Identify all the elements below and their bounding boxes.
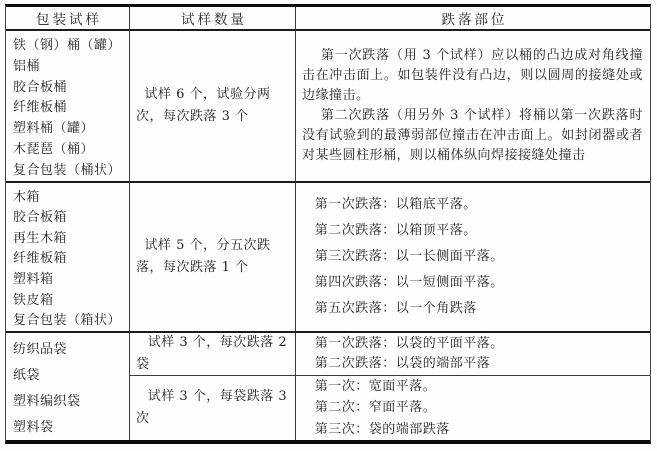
- sample-item: 纸袋: [13, 364, 127, 383]
- sample-item: 纺织品袋: [13, 338, 127, 357]
- sample-item: 复合包装（箱状）: [13, 309, 127, 328]
- sample-item: 塑料编织袋: [13, 390, 127, 409]
- drop-location-boxes: 第一次跌落：以箱底平落。 第二次跌落：以箱顶平落。 第三次跌落：以一长侧面平落。…: [296, 183, 650, 333]
- sample-item: 塑料桶（罐）: [13, 117, 127, 136]
- drop-location-bags-a: 第一次跌落：以袋的平面平落。 第二次跌落：以袋的端部平落: [296, 333, 650, 376]
- sample-item: 铁（钢）桶（罐）: [13, 34, 127, 53]
- sample-list-bags: 纺织品袋 纸袋 塑料编织袋 塑料袋: [6, 333, 130, 440]
- sample-item: 铁皮箱: [13, 289, 127, 308]
- sample-list-drums: 铁（钢）桶（罐） 铝桶 胶合板桶 纤维板桶 塑料桶（罐） 木琵琶（桶） 复合包装…: [6, 31, 130, 183]
- sample-item: 木琵琶（桶）: [13, 138, 127, 157]
- sample-item: 胶合板桶: [13, 76, 127, 95]
- header-package-sample: 包装试样: [6, 7, 130, 31]
- drop-location-bags-b: 第一次：宽面平落。 第二次：窄面平落。 第三次：袋的端部跌落: [296, 376, 650, 440]
- quantity-text: 试样 3 个，每次跌落 2 袋: [136, 333, 288, 376]
- drop-line: 第三次跌落：以一长侧面平落。: [305, 244, 650, 270]
- drop-line: 第一次跌落：以袋的平面平落。: [305, 334, 650, 354]
- drop-paragraph: 第一次跌落（用 3 个试样）应以桶的凸边成对角线撞击在冲击面上。如包装件没有凸边…: [302, 46, 643, 106]
- drop-line: 第三次：袋的端部跌落: [305, 419, 650, 440]
- scanned-document-page: 包装试样 试样数量 跌落部位 铁（钢）桶（罐） 铝桶 胶合板桶 纤维板桶 塑料桶…: [0, 0, 657, 451]
- drop-line: 第一次：宽面平落。: [305, 376, 650, 397]
- quantity-cell-boxes: 试样 5 个，分五次跌落，每次跌落 1 个: [130, 183, 296, 333]
- sample-item: 塑料袋: [13, 416, 127, 435]
- quantity-cell-bags-a: 试样 3 个，每次跌落 2 袋: [130, 333, 296, 376]
- quantity-cell-drums: 试样 6 个，试验分两次，每次跌落 3 个: [130, 31, 296, 183]
- header-sample-quantity: 试样数量: [130, 7, 296, 31]
- quantity-text: 试样 5 个，分五次跌落，每次跌落 1 个: [136, 235, 288, 279]
- drop-line: 第五次跌落：以一个角跌落: [305, 296, 650, 322]
- drop-line: 第四次跌落：以一短侧面平落。: [305, 270, 650, 296]
- quantity-text: 试样 6 个，试验分两次，每次跌落 3 个: [136, 84, 288, 128]
- sample-item: 再生木箱: [13, 227, 127, 246]
- quantity-cell-bags-b: 试样 3 个，每袋跌落 3 次: [130, 376, 296, 440]
- sample-item: 胶合板箱: [13, 206, 127, 225]
- sample-item: 铝桶: [13, 55, 127, 74]
- sample-item: 复合包装（桶状）: [13, 159, 127, 178]
- sample-item: 塑料箱: [13, 268, 127, 287]
- drop-location-drums: 第一次跌落（用 3 个试样）应以桶的凸边成对角线撞击在冲击面上。如包装件没有凸边…: [296, 31, 650, 183]
- drop-line: 第二次：窄面平落。: [305, 397, 650, 419]
- drop-line: 第一次跌落：以箱底平落。: [305, 192, 650, 218]
- header-drop-location: 跌落部位: [296, 7, 650, 31]
- drop-line: 第二次跌落：以箱顶平落。: [305, 218, 650, 244]
- sample-item: 木箱: [13, 186, 127, 205]
- drop-paragraph: 第二次跌落（用另外 3 个试样）将桶以第一次跌落时没有试验到的最薄弱部位撞击在冲…: [302, 106, 643, 166]
- drop-test-spec-table: 包装试样 试样数量 跌落部位 铁（钢）桶（罐） 铝桶 胶合板桶 纤维板桶 塑料桶…: [5, 4, 651, 444]
- sample-item: 纤维板箱: [13, 247, 127, 266]
- drop-line: 第二次跌落：以袋的端部平落: [305, 354, 650, 374]
- quantity-text: 试样 3 个，每袋跌落 3 次: [136, 386, 288, 430]
- sample-list-boxes: 木箱 胶合板箱 再生木箱 纤维板箱 塑料箱 铁皮箱 复合包装（箱状）: [6, 183, 130, 333]
- sample-item: 纤维板桶: [13, 96, 127, 115]
